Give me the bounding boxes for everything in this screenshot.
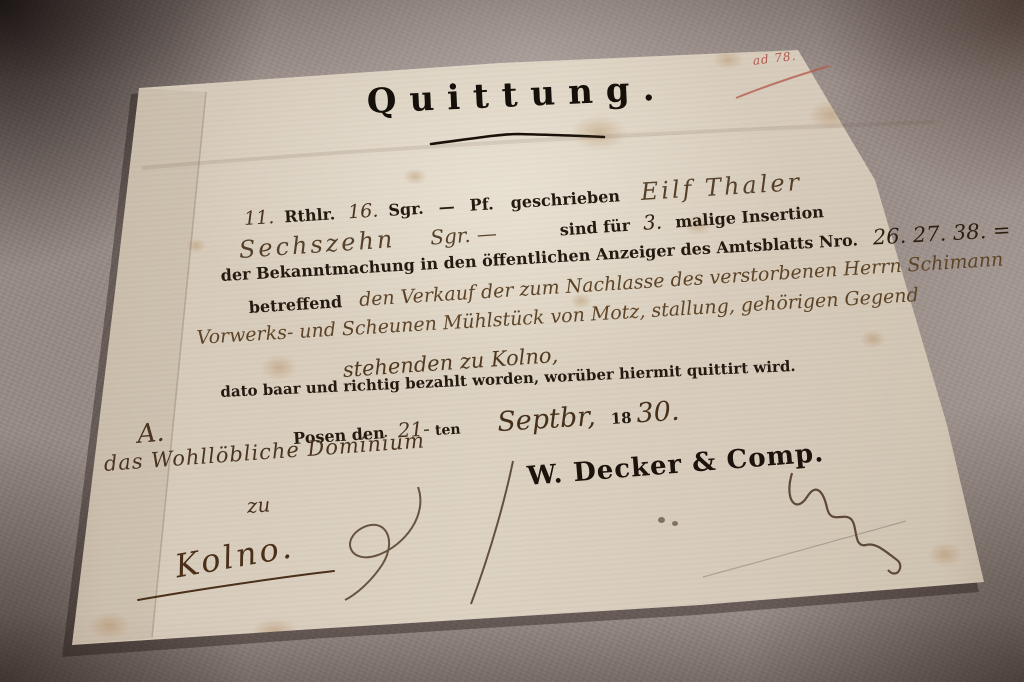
foxing-spot: [260, 354, 298, 381]
foxing-spot: [403, 168, 427, 185]
pf-label: Pf.: [469, 194, 494, 214]
issue-numbers: 26. 27. 38. =: [872, 218, 1011, 250]
ink-speck: [658, 517, 665, 523]
pf-dash: —: [438, 197, 455, 217]
addressee-initial: A.: [136, 418, 166, 450]
amount-rthlr-value: 11.: [243, 206, 275, 230]
amount-sgr-value: 16.: [347, 200, 379, 224]
foxing-spot: [860, 330, 886, 348]
month-value: Septbr,: [496, 401, 596, 438]
sgr-script: Sgr. —: [429, 221, 497, 250]
foxing-spot: [928, 542, 962, 567]
photo-scene: ad 78. Quittung. 11. Rthlr. 16. Sgr. — P…: [0, 0, 1024, 682]
addressee-line-2: zu: [246, 492, 271, 518]
foxing-spot: [712, 50, 744, 70]
sind-fuer-label: sind für: [559, 216, 631, 240]
ink-speck: [672, 521, 678, 526]
century-value: 18: [610, 409, 632, 428]
geschrieben-label: geschrieben: [510, 186, 620, 212]
foxing-spot: [186, 238, 206, 253]
foxing-spot: [570, 115, 628, 151]
year-value: 30.: [636, 396, 681, 430]
rthlr-label: Rthlr.: [284, 204, 336, 226]
foxing-spot: [808, 100, 854, 130]
day-suffix: ten: [435, 421, 462, 439]
foxing-spot: [88, 612, 130, 640]
insertion-count: 3.: [642, 209, 663, 234]
sgr-label: Sgr.: [388, 199, 424, 220]
